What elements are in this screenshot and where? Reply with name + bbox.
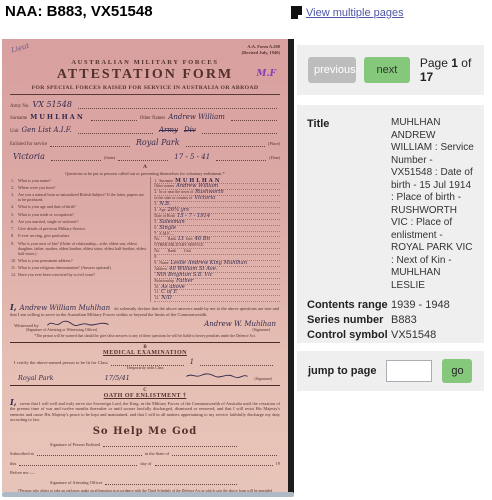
oath-paragraph: I, swear that I will well and truly serv… — [10, 400, 280, 422]
question-row: 1.What is your name? — [11, 179, 147, 184]
state-of-label: in the State of — [145, 451, 170, 456]
field-surname: Surname MUHLHAN Other Names Andrew Willi… — [10, 113, 280, 121]
subscribed-label: Subscribed at — [10, 451, 34, 456]
sig-person-line: Signature of Person Enlisted — [10, 442, 280, 447]
jump-to-page-input[interactable] — [386, 360, 432, 382]
question-text: What is your age and date of birth? — [18, 205, 147, 210]
sig-attesting-line: Signature of Attesting Officer — [10, 480, 280, 485]
answer-pre: Unit — [184, 237, 193, 242]
day-of-label: day of — [140, 461, 151, 466]
scan-bottom-edge — [2, 492, 294, 497]
dotted-rule — [118, 158, 168, 161]
multiple-pages-icon — [291, 6, 302, 19]
struck-word: Div — [184, 126, 196, 134]
page-of-label: of — [461, 56, 471, 70]
metadata-value: VX51548 — [391, 328, 474, 343]
answer-hand: 40 William St Ave. — [169, 267, 217, 272]
question-row: 8.If ever serving, give particulars. — [11, 234, 147, 239]
form-revised: (Revised July, 1940) — [242, 50, 280, 56]
question-text: What is your religious denomination? (An… — [18, 266, 147, 271]
answers-column: 1. SurnameMUHLHAN Other namesAndrew Will… — [150, 177, 280, 303]
view-multiple-pages[interactable]: View multiple pages — [291, 6, 404, 19]
metadata-row: Contents range 1939 - 1948 — [307, 298, 474, 313]
dotted-rule — [103, 444, 237, 447]
army-no-label: Army No. — [10, 104, 29, 109]
question-number: 1. — [11, 179, 18, 184]
form-number-block: A.A. Form A.200 (Revised July, 1940) — [242, 44, 280, 59]
answer-hand: Single — [159, 226, 176, 231]
witness-signature-scribble — [42, 319, 114, 328]
question-number: 2. — [11, 186, 18, 191]
go-button[interactable]: go — [442, 359, 472, 383]
answer-pre: 10. — [154, 285, 159, 290]
question-row: 5.What is your trade or occupation? — [11, 213, 147, 218]
dotted-rule — [78, 131, 153, 134]
oath-text: swear that I will well and truly serve o… — [10, 401, 280, 422]
question-text: Who is your next of kin? (Order of relat… — [18, 242, 147, 257]
question-number: 11. — [11, 266, 18, 271]
question-number: 10. — [11, 259, 18, 264]
question-text: What is your name? — [18, 179, 147, 184]
unit-label: Unit — [10, 129, 19, 134]
scan-right-edge — [288, 39, 294, 493]
medical-hand-row: Royal Park 17/5/41 (Signature) — [10, 371, 280, 382]
question-row: 9.Who is your next of kin? (Order of rel… — [11, 242, 147, 257]
metadata-label: Title — [307, 117, 391, 292]
question-number: 6. — [11, 220, 18, 225]
sig-person-label: Signature of Person Enlisted — [50, 442, 100, 447]
form-org: AUSTRALIAN MILITARY FORCES — [10, 59, 280, 66]
witnessed-by: Witnessed by — [14, 319, 114, 328]
answer-hand: Salesman — [159, 220, 184, 225]
answer-hand: Victoria — [195, 196, 216, 201]
metadata-value: MUHLHAN ANDREW WILLIAM : Service Number … — [391, 117, 474, 292]
answer-pre: 9. Name — [154, 261, 168, 266]
answer-pre: Other names — [154, 184, 174, 189]
question-text: Give details of previous Military Servic… — [18, 227, 147, 232]
answer-pre: 5. — [154, 220, 157, 225]
answer-pre: OTHER MILITARY SERVICE — [154, 243, 203, 248]
question-text: What is your trade or occupation? — [18, 213, 147, 218]
pager-box: previous next Page 1 of 17 — [297, 45, 484, 95]
struck-word: Army — [159, 126, 178, 134]
other-names-value: Andrew William — [168, 113, 225, 121]
sig-attesting-label: Signature of Attesting Officer — [50, 480, 102, 485]
surname-value: MUHLHAN — [30, 113, 85, 121]
page-title: NAA: B883, VX51548 — [5, 3, 153, 20]
form-title-row: ATTESTATION FORM M.F — [10, 67, 280, 83]
so-help-me-god: So Help Me God — [10, 426, 280, 437]
jump-to-page-box: jump to page go — [297, 351, 484, 391]
question-row: 7.Give details of previous Military Serv… — [11, 227, 147, 232]
metadata-value: 1939 - 1948 — [391, 298, 474, 313]
answer-pre: No. Rank Unit — [154, 249, 190, 254]
dotted-rule — [19, 463, 137, 466]
surname-label: Surname — [10, 116, 27, 121]
answer-pre: 3. — [154, 202, 157, 207]
next-button[interactable]: next — [364, 57, 410, 83]
question-number: 7. — [11, 227, 18, 232]
answer-pre: 12. — [154, 296, 159, 301]
medical-cert-text: I certify the above-named person to be f… — [14, 360, 108, 365]
metadata-label: Series number — [307, 313, 391, 328]
question-number: 4. — [11, 205, 18, 210]
question-row: 12.Have you ever been convicted by a civ… — [11, 273, 147, 278]
oath-title: OATH OF ENLISTMENT † — [10, 393, 280, 399]
question-row: 4.What is your age and date of birth? — [11, 205, 147, 210]
answer-hand: Nth Brighton S.8. Vic — [156, 273, 212, 278]
section-a-heading: A — [10, 164, 280, 170]
temporarily-unfit-label: Temporarily unfit — [127, 366, 155, 370]
answer-pre: 7. A.M.F.— — [154, 232, 174, 237]
section-divider — [10, 385, 280, 386]
signature-caption: (Signature) — [252, 328, 270, 332]
answer-pre: 1. Surname — [154, 179, 173, 184]
question-text: What is your permanent address? — [18, 259, 147, 264]
witness-caption: (Signature of Attesting or Witnessing Of… — [26, 328, 97, 332]
question-row: 11.What is your religious denomination? … — [11, 266, 147, 271]
medical-signature: (Signature) — [181, 371, 272, 382]
metadata-label: Contents range — [307, 298, 391, 313]
form-top-row: Lieut A.A. Form A.200 (Revised July, 194… — [10, 44, 280, 59]
medical-date: 17/5/41 — [105, 374, 130, 382]
dotted-rule — [50, 144, 130, 147]
medical-cert-row: I certify the above-named person to be f… — [10, 358, 280, 366]
jump-to-page-label: jump to page — [308, 365, 376, 377]
year-prefix: 19 — [276, 461, 280, 466]
section-divider — [10, 342, 280, 343]
metadata-row: Series number B883 — [307, 313, 474, 328]
before-me-label: Before me :— — [10, 470, 35, 475]
dotted-rule — [105, 482, 237, 485]
dotted-rule — [37, 453, 142, 456]
question-text: Are you a natural born or naturalized Br… — [18, 193, 147, 203]
medical-sig-caption: (Signature) — [254, 377, 272, 381]
answer-pre: No. Rank — [154, 237, 176, 242]
form-title: ATTESTATION FORM — [10, 67, 280, 83]
other-names-label: Other Names — [140, 116, 165, 121]
dotted-rule — [216, 158, 266, 161]
attestation-form-scan: Lieut A.A. Form A.200 (Revised July, 194… — [2, 39, 288, 492]
field-enlisted: Enlisted for service Royal Park (Place) — [10, 138, 280, 147]
subscribed-line: Subscribed at in the State of — [10, 451, 280, 456]
question-answer-table: 1.What is your name? 2.Where were you bo… — [10, 177, 280, 303]
signature-captions: (Signature of Attesting or Witnessing Of… — [10, 328, 280, 332]
answer-line: 12.N/D — [154, 296, 280, 302]
answer-pre: 4. Age — [154, 208, 165, 213]
witness-row: Witnessed by Andrew W. Muhlhan — [10, 319, 280, 328]
dotted-rule — [91, 118, 137, 121]
dotted-rule — [155, 463, 273, 466]
before-me-line: Before me :— — [10, 470, 280, 475]
class-label: Class — [155, 366, 163, 370]
question-text: Have you ever been convicted by a civil … — [18, 273, 147, 278]
answer-pre: 6. — [154, 226, 157, 231]
answer-pre: Address — [154, 267, 167, 272]
dotted-rule — [200, 363, 273, 366]
question-number: 5. — [11, 213, 18, 218]
state-note: (State) — [104, 155, 115, 160]
document-viewer: Lieut A.A. Form A.200 (Revised July, 194… — [2, 39, 294, 497]
dotted-rule — [186, 144, 266, 147]
question-row: 2.Where were you born? — [11, 186, 147, 191]
declaration: I, Andrew William Muhlhan do solemnly de… — [10, 305, 280, 317]
medical-title: MEDICAL EXAMINATION — [10, 350, 280, 356]
dotted-rule — [231, 118, 277, 121]
previous-button[interactable]: previous — [308, 57, 356, 83]
dotted-rule — [172, 453, 277, 456]
question-number: 12. — [11, 273, 18, 278]
question-text: Are you married, single or widower? — [18, 220, 147, 225]
form-subtitle: FOR SPECIAL FORCES RAISED FOR SERVICE IN… — [10, 85, 280, 95]
answer-hand: Father — [176, 279, 193, 284]
field-state-date: Victoria (State) 17 - 5 - 41 (Date) — [10, 152, 280, 161]
army-no-value: VX 51548 — [32, 100, 71, 109]
state-value: Victoria — [13, 152, 45, 161]
answer-pre: 8. — [154, 255, 157, 260]
declaration-footnote: *The person will be warned that should h… — [10, 334, 280, 339]
date-note: (Date) — [269, 155, 280, 160]
question-number: 8. — [11, 234, 18, 239]
answer-pre: 11. — [154, 290, 159, 295]
page-label: Page — [420, 56, 448, 70]
mf-annotation: M.F — [257, 69, 277, 79]
unit-value: Gen List A.I.F. — [22, 126, 72, 134]
page-indicator: Page 1 of 17 — [420, 56, 484, 84]
day-line: this day of 19 — [10, 461, 280, 466]
metadata-box: Title MUHLHAN ANDREW WILLIAM : Service N… — [297, 105, 484, 343]
person-signature: Andrew W. Muhlhan — [204, 320, 276, 328]
answer-pre: 2. In or near the town of — [154, 190, 193, 195]
questions-column: 1.What is your name? 2.Where were you bo… — [10, 177, 150, 303]
page-total: 17 — [420, 70, 433, 84]
question-text: If ever serving, give particulars. — [18, 234, 147, 239]
field-army-no: Army No. VX 51548 — [10, 100, 280, 109]
dotted-rule — [78, 106, 277, 109]
medical-subnote: Temporarily unfit Class — [10, 366, 280, 371]
question-row: 6.Are you married, single or widower? — [11, 220, 147, 225]
enlisted-label: Enlisted for service — [10, 142, 47, 147]
view-multiple-pages-link[interactable]: View multiple pages — [306, 7, 404, 19]
section-a-intro: Questions to be put to persons called ou… — [10, 171, 280, 176]
medical-class-value: 1 — [190, 358, 194, 366]
metadata-row: Title MUHLHAN ANDREW WILLIAM : Service N… — [307, 117, 474, 292]
medical-place: Royal Park — [18, 374, 54, 382]
answer-hand: 46 Bn — [195, 237, 210, 242]
metadata-row: Control symbol VX51548 — [307, 328, 474, 343]
answer-pre: Date of Birth — [154, 214, 175, 219]
question-row: 10.What is your permanent address? — [11, 259, 147, 264]
this-label: this — [10, 461, 16, 466]
question-number: 9. — [11, 242, 18, 257]
metadata-label: Control symbol — [307, 328, 391, 343]
answer-hand: 15 - 7 - 1914 — [177, 214, 210, 219]
answer-hand: N/D — [161, 296, 171, 301]
question-number: 3. — [11, 193, 18, 203]
page-current: 1 — [451, 56, 458, 70]
enlist-place-value: Royal Park — [136, 138, 180, 147]
form-number: A.A. Form A.200 — [242, 44, 280, 50]
field-unit: Unit Gen List A.I.F. Army Div — [10, 126, 280, 134]
question-text: Where were you born? — [18, 186, 147, 191]
place-note: (Place) — [268, 141, 280, 146]
metadata-value: B883 — [391, 313, 474, 328]
date-value: 17 - 5 - 41 — [174, 153, 210, 161]
dotted-rule — [51, 158, 101, 161]
medical-signature-scribble — [181, 371, 253, 380]
answer-pre: Relationship — [154, 279, 174, 284]
question-row: 3.Are you a natural born or naturalized … — [11, 193, 147, 203]
dotted-rule — [202, 131, 277, 134]
